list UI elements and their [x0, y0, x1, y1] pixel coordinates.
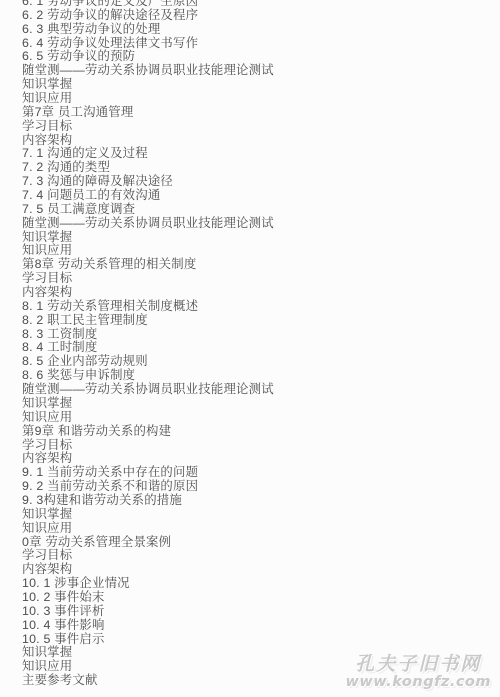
toc-line: 第9章 和谐劳动关系的构建 — [22, 425, 274, 439]
toc-line: 知识掌握 — [22, 397, 274, 411]
toc-line: 8. 2 职工民主管理制度 — [22, 314, 274, 328]
toc-line: 内容架构 — [22, 286, 274, 300]
toc-line: 随堂测——劳动关系协调员职业技能理论测试 — [22, 217, 274, 231]
toc-list: 6. 1 劳动争议的定义及产生原因6. 2 劳动争议的解决途径及程序6. 3 典… — [22, 0, 274, 688]
toc-line: 9. 1 当前劳动关系中存在的问题 — [22, 466, 274, 480]
toc-line: 知识掌握 — [22, 78, 274, 92]
toc-line: 第7章 员工沟通管理 — [22, 106, 274, 120]
toc-line: 学习目标 — [22, 120, 274, 134]
toc-line: 9. 2 当前劳动关系不和谐的原因 — [22, 480, 274, 494]
toc-line: 7. 5 员工满意度调查 — [22, 203, 274, 217]
toc-line: 学习目标 — [22, 272, 274, 286]
toc-line: 10. 3 事件评析 — [22, 605, 274, 619]
watermark-site-name: 孔夫子旧书网 — [346, 649, 491, 676]
toc-line: 知识应用 — [22, 92, 274, 106]
toc-line: 6. 3 典型劳动争议的处理 — [22, 23, 274, 37]
toc-line: 主要参考文献 — [22, 674, 274, 688]
toc-line: 6. 2 劳动争议的解决途径及程序 — [22, 9, 274, 23]
watermark-site-url: www.kongfz.com — [346, 674, 491, 690]
toc-line: 知识应用 — [22, 522, 274, 536]
toc-line: 内容架构 — [22, 563, 274, 577]
toc-line: 随堂测——劳动关系协调员职业技能理论测试 — [22, 383, 274, 397]
toc-line: 7. 4 问题员工的有效沟通 — [22, 189, 274, 203]
toc-line: 8. 6 奖惩与申诉制度 — [22, 369, 274, 383]
kongfz-watermark: 孔夫子旧书网 www.kongfz.com — [346, 649, 491, 690]
toc-line: 10. 2 事件始末 — [22, 591, 274, 605]
toc-line: 8. 1 劳动关系管理相关制度概述 — [22, 300, 274, 314]
toc-line: 10. 1 涉事企业情况 — [22, 577, 274, 591]
book-toc-photo: { "page": { "background_color": "#fcfcfc… — [0, 0, 500, 697]
book-page-photo: 6. 1 劳动争议的定义及产生原因6. 2 劳动争议的解决途径及程序6. 3 典… — [0, 0, 500, 697]
toc-line: 9. 3构建和谐劳动关系的措施 — [22, 494, 274, 508]
toc-line: 知识应用 — [22, 411, 274, 425]
toc-line: 知识掌握 — [22, 508, 274, 522]
toc-line: 10. 4 事件影响 — [22, 619, 274, 633]
toc-line: 7. 3 沟通的障碍及解决途径 — [22, 175, 274, 189]
